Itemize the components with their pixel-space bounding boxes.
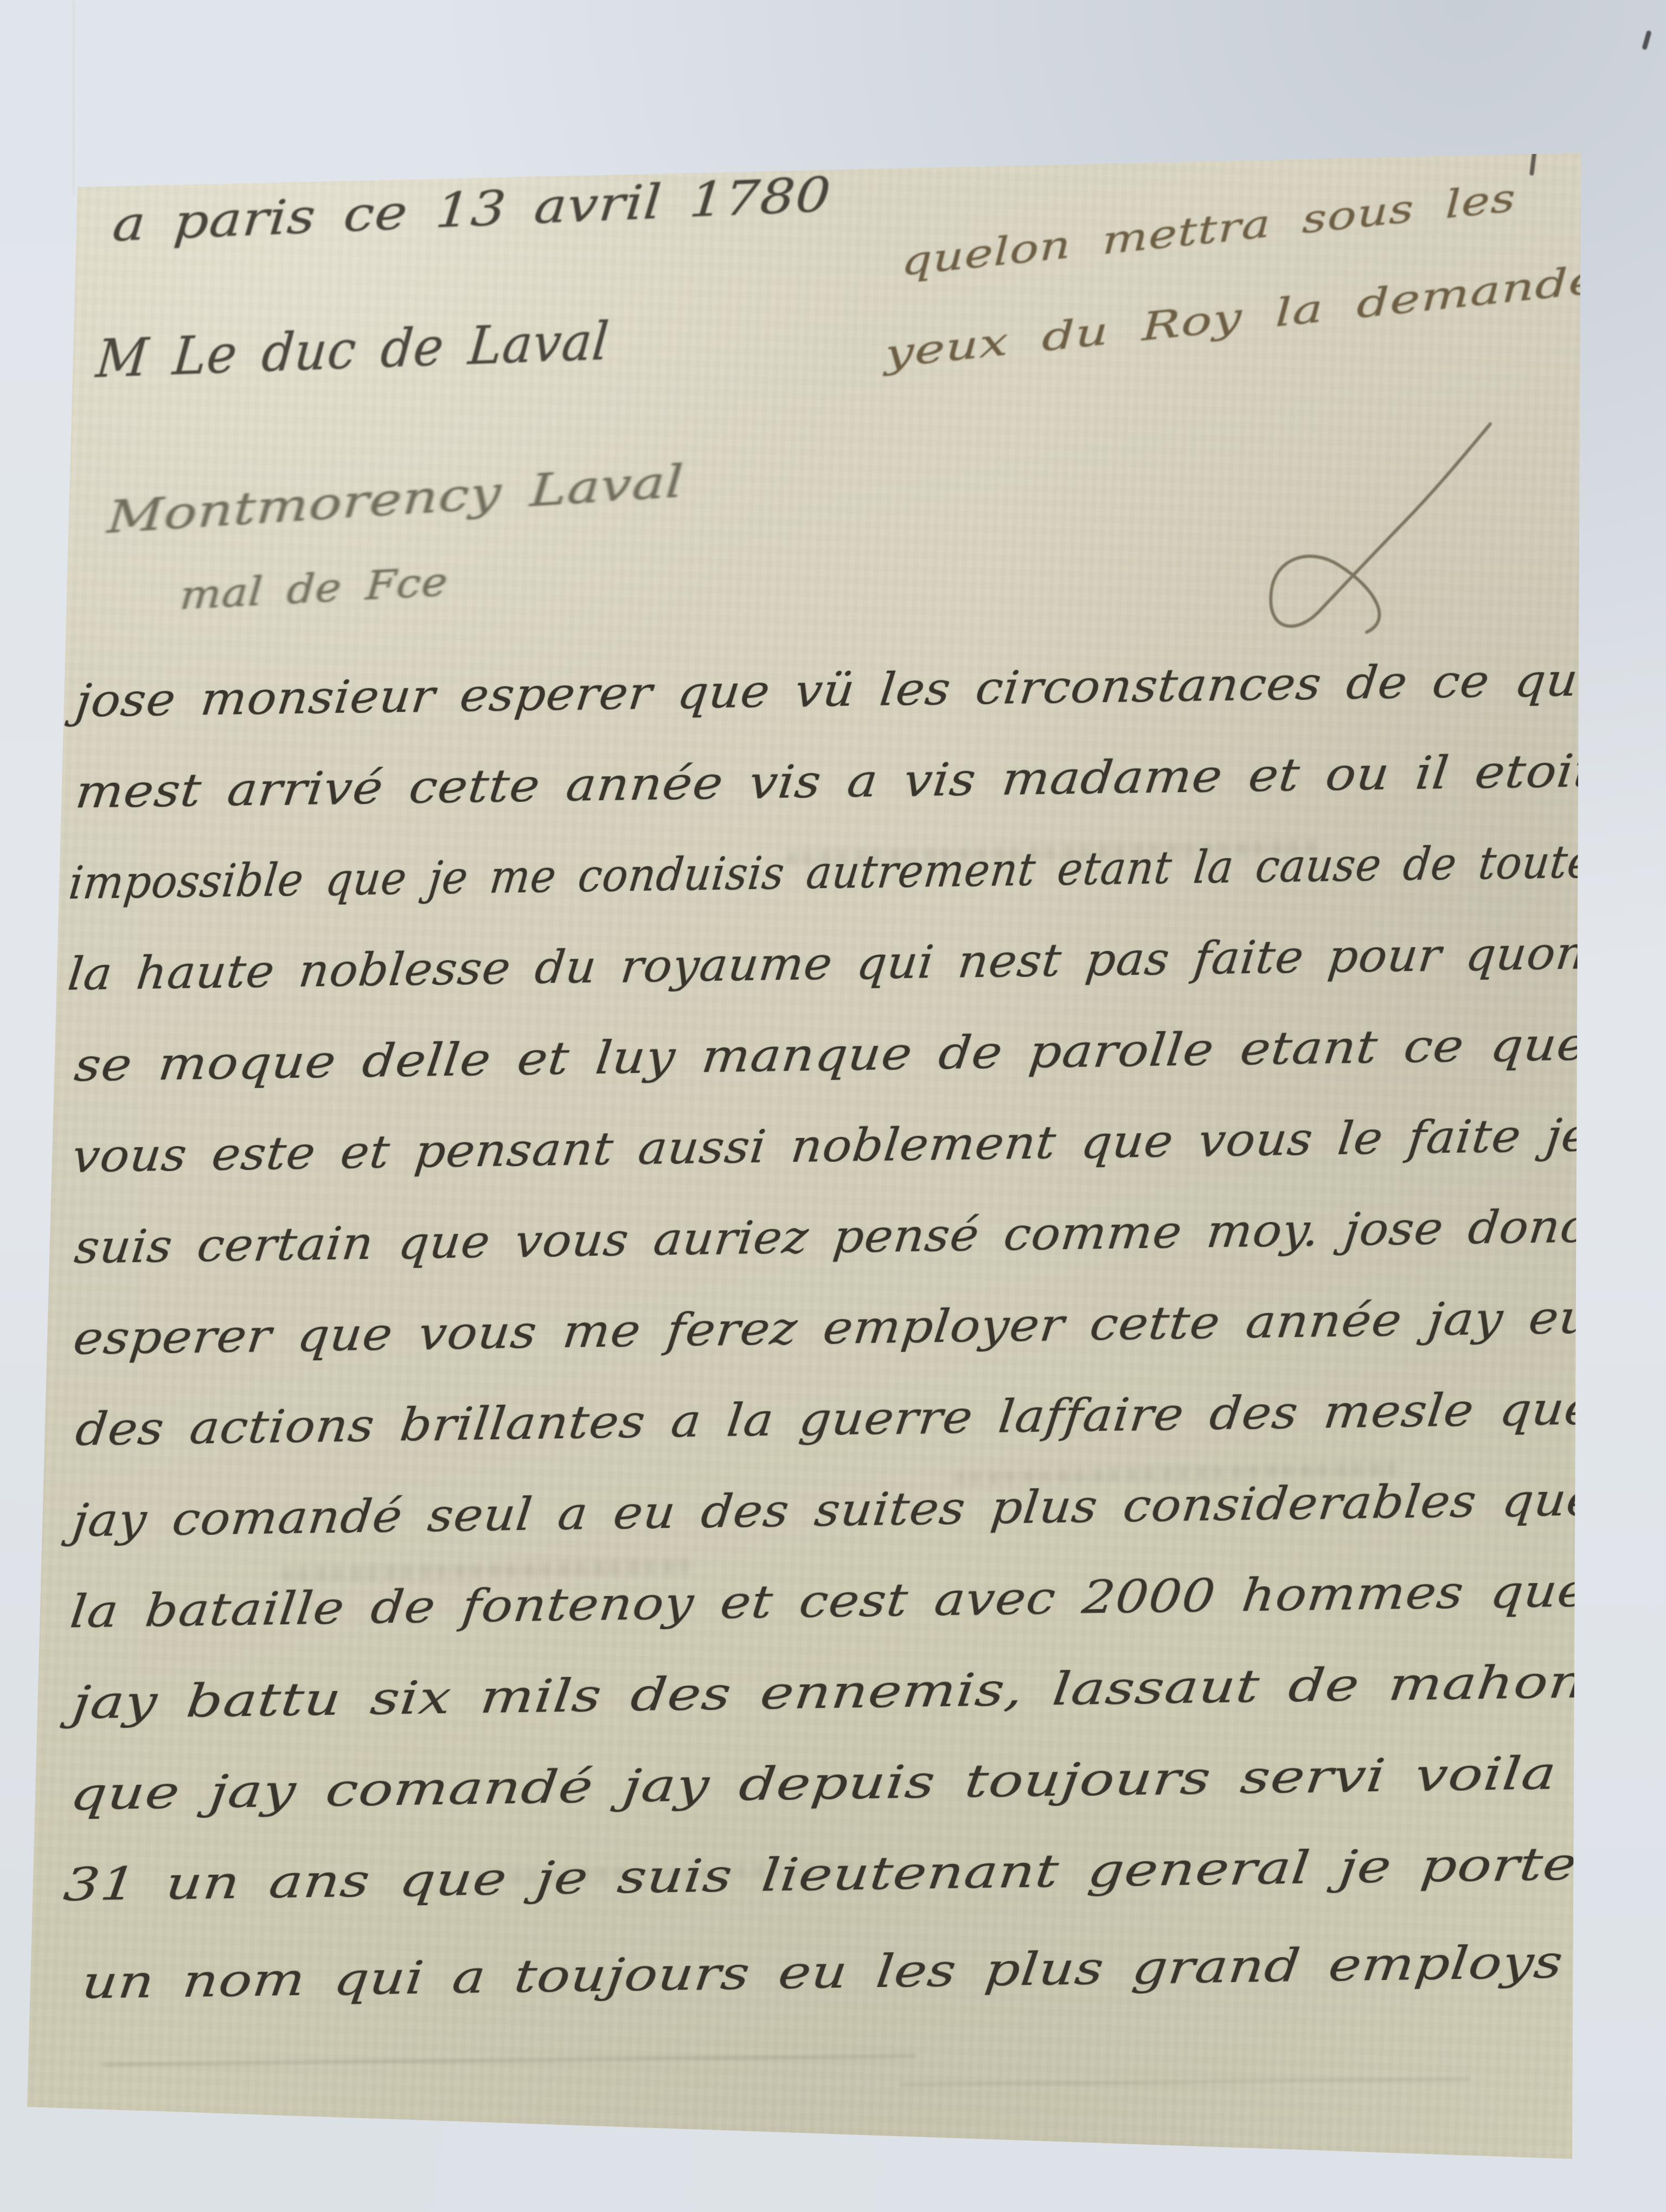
letter-photograph: a paris ce 13 avril 1780 M Le duc de Lav…: [0, 0, 1666, 2212]
backdrop-crease: [73, 0, 77, 195]
letter-sheet: a paris ce 13 avril 1780 M Le duc de Lav…: [0, 0, 1666, 2212]
paraph-flourish: [1231, 413, 1502, 641]
corner-ink-speck: [1642, 30, 1652, 50]
